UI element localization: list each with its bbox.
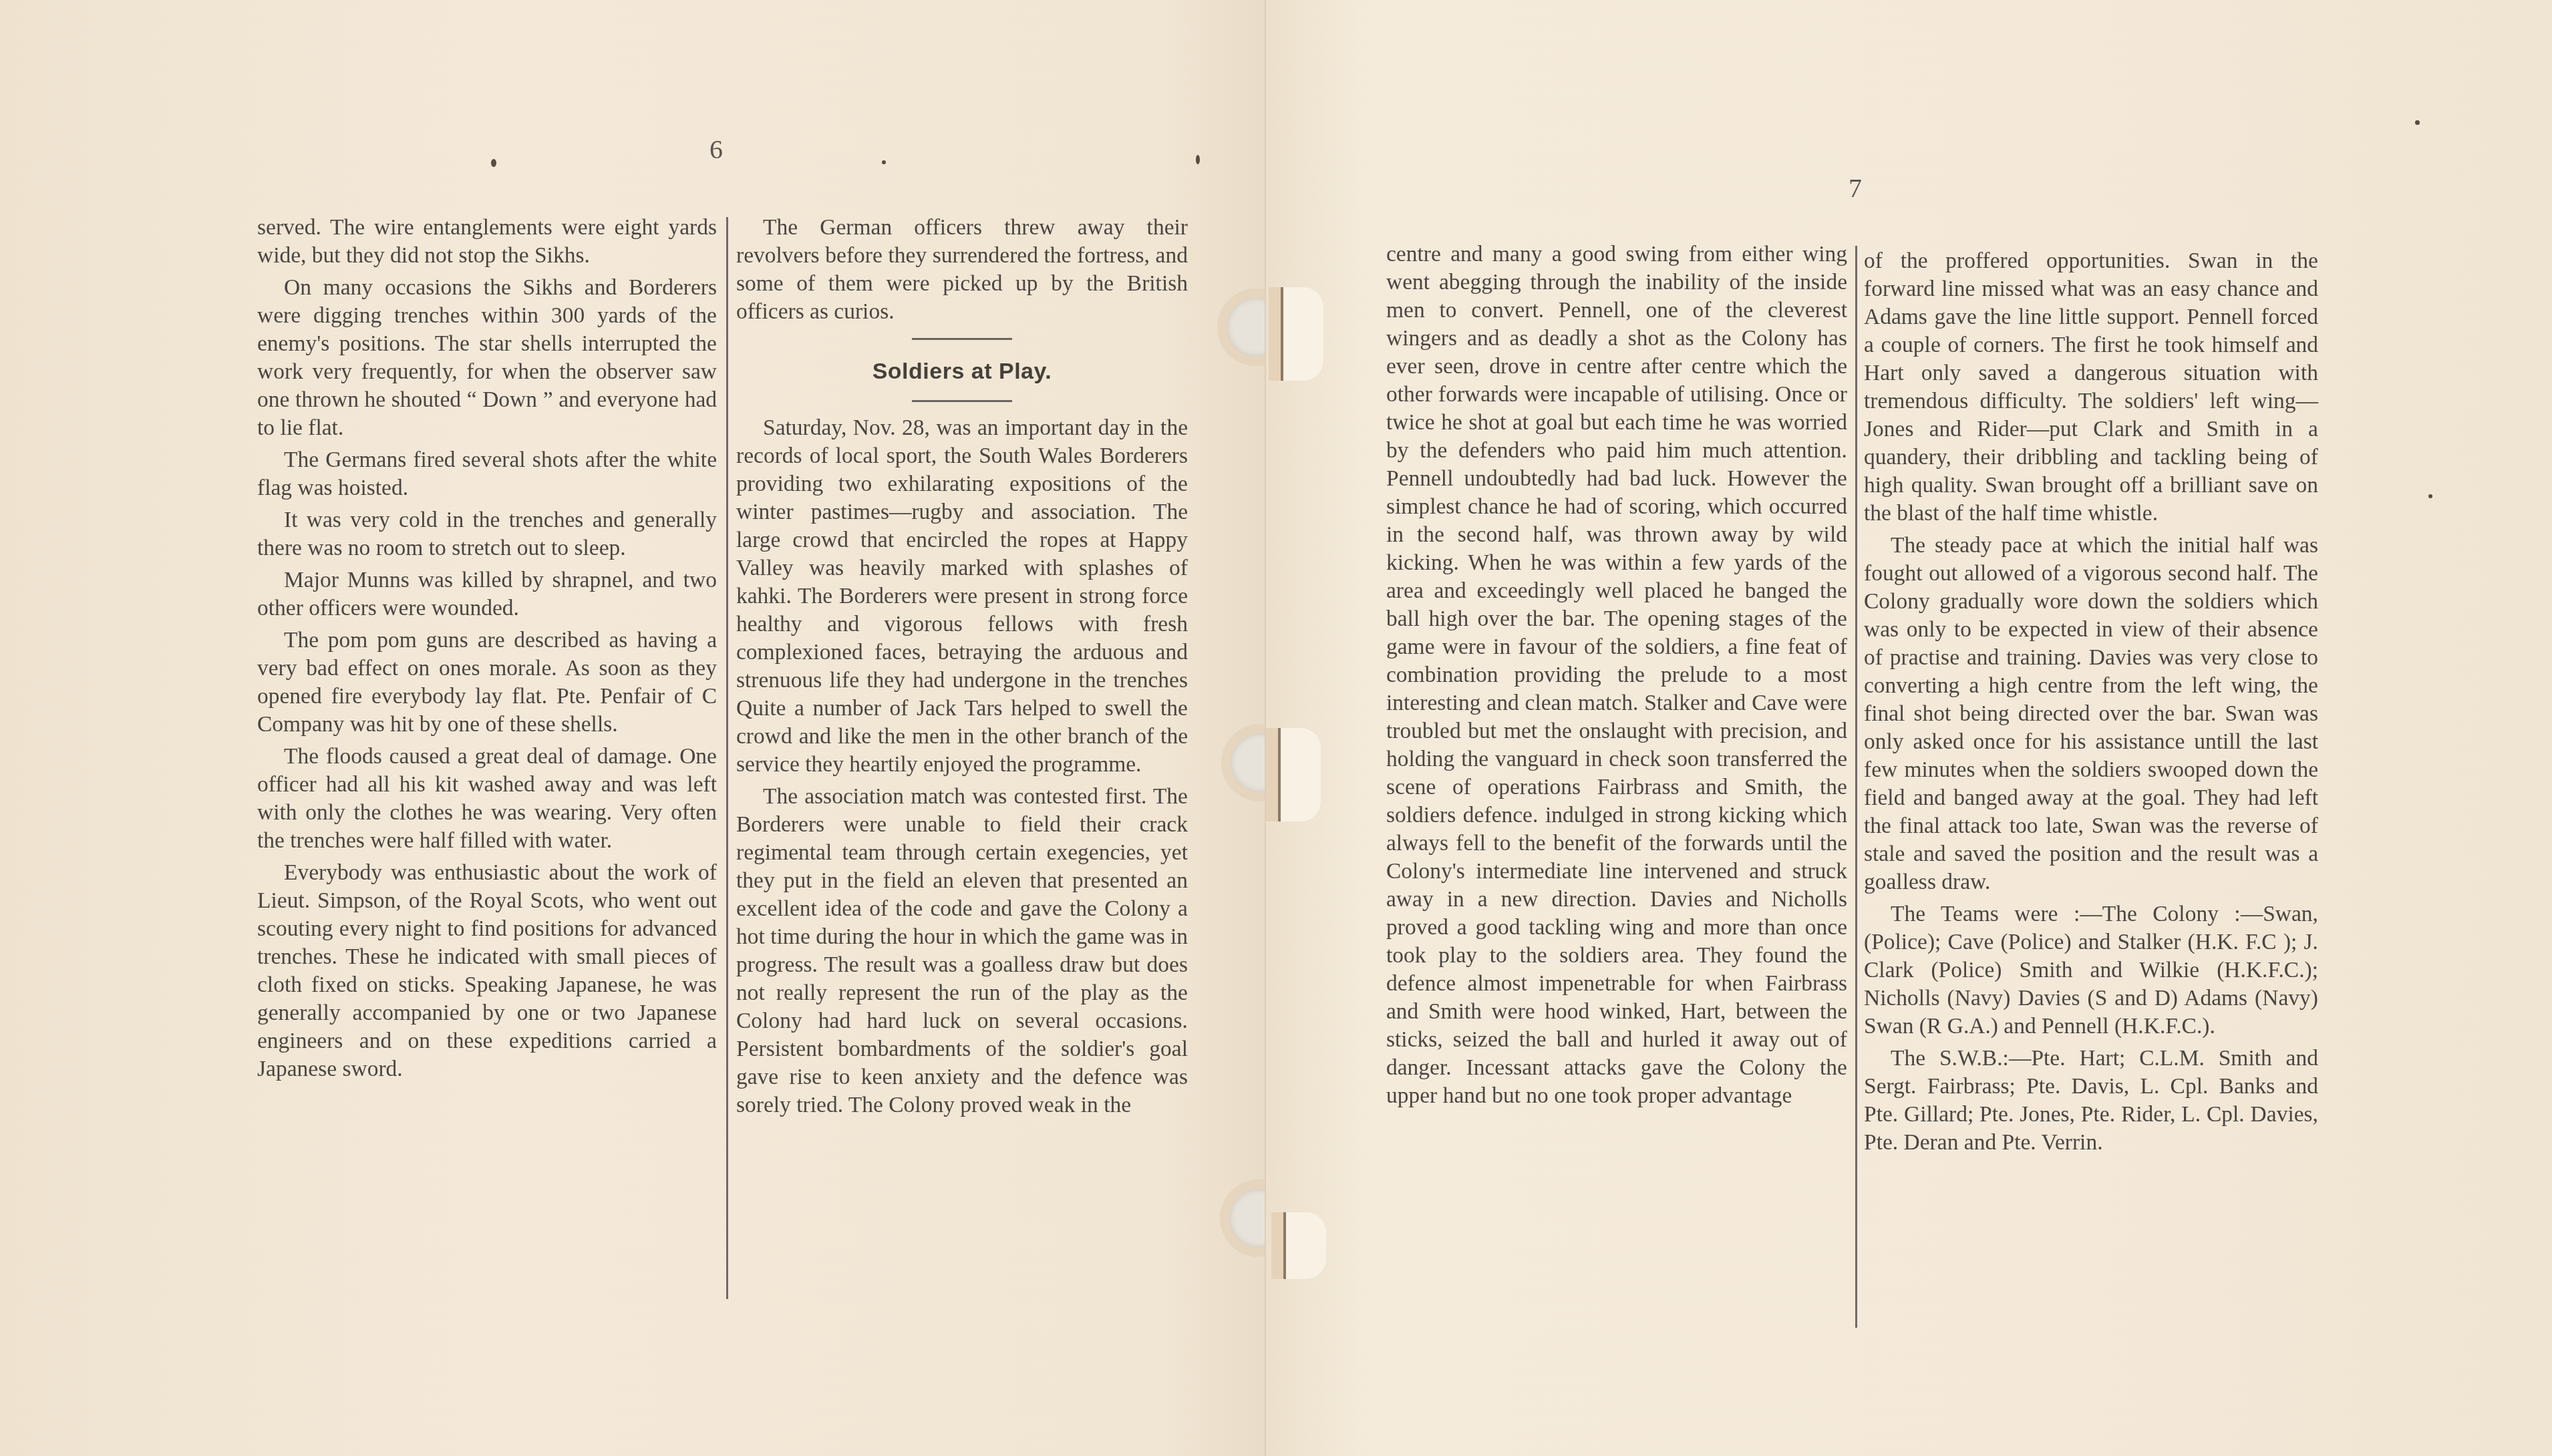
paragraph: The pom pom guns are described as having… [257, 626, 717, 739]
section-title: Soldiers at Play. [736, 357, 1188, 385]
paragraph: served. The wire entanglements were eigh… [257, 214, 717, 270]
binding-tear [1283, 1212, 1326, 1279]
paragraph: On many occasions the Sikhs and Borderer… [257, 274, 717, 442]
booklet-spread: 6 served. The wire entanglements were ei… [0, 0, 2552, 1456]
section-divider [912, 338, 1012, 340]
right-page-column-2: of the proffered opportunities. Swan in … [1864, 247, 2318, 1157]
paragraph: Everybody was enthusiastic about the wor… [257, 859, 717, 1083]
right-page: 7 centre and many a good swing from eith… [1266, 0, 2552, 1456]
section-divider [912, 400, 1012, 402]
paragraph: The floods caused a great deal of damage… [257, 743, 717, 855]
paragraph: Major Munns was killed by shrapnel, and … [257, 566, 717, 622]
ink-speck [1196, 155, 1200, 164]
paragraph: It was very cold in the trenches and gen… [257, 506, 717, 562]
left-page-column-2: The German officers threw away their rev… [736, 214, 1188, 1119]
binding-tear [1281, 287, 1323, 381]
left-page-column-1: served. The wire entanglements were eigh… [257, 214, 717, 1083]
paragraph: The Germans fired several shots after th… [257, 446, 717, 502]
binding-tear [1278, 728, 1321, 822]
paragraph: The Teams were :—The Colony :—Swan, (Pol… [1864, 900, 2318, 1041]
paragraph: Saturday, Nov. 28, was an important day … [736, 414, 1188, 779]
paragraph: The association match was contested firs… [736, 783, 1188, 1119]
ink-speck [882, 160, 886, 164]
ink-speck [2415, 120, 2420, 125]
ink-speck [491, 159, 496, 167]
page-number-6: 6 [709, 134, 723, 165]
paragraph: The S.W.B.:—Pte. Hart; C.L.M. Smith and … [1864, 1045, 2318, 1157]
paragraph: centre and many a good swing from either… [1386, 240, 1847, 1110]
paragraph: The steady pace at which the initial hal… [1864, 532, 2318, 896]
right-page-column-1: centre and many a good swing from either… [1386, 240, 1847, 1110]
page-number-7: 7 [1849, 172, 1862, 204]
paragraph: of the proffered opportunities. Swan in … [1864, 247, 2318, 528]
left-page: 6 served. The wire entanglements were ei… [0, 0, 1266, 1456]
column-rule [726, 217, 728, 1299]
paragraph: The German officers threw away their rev… [736, 214, 1188, 326]
ink-speck [2428, 494, 2432, 498]
column-rule [1855, 246, 1857, 1328]
